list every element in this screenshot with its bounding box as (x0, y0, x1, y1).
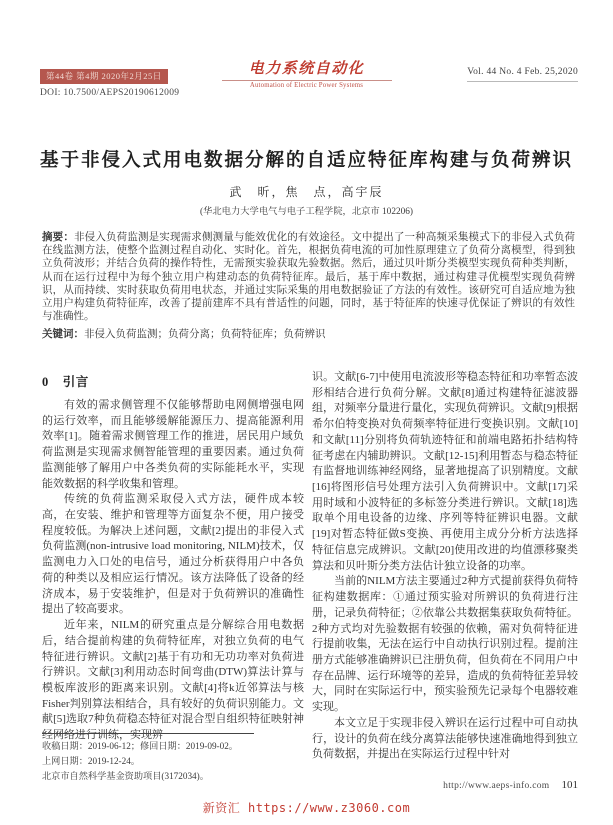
keywords-label: 关键词： (42, 329, 84, 340)
body-paragraph: 近年来，NILM的研究重点是分解综合用电数据后，结合提前构建的负荷特征库，对独立… (42, 618, 304, 744)
abstract-text: 非侵入负荷监测是实现需求侧测量与能效优化的有效途径。文中提出了一种高频采集模式下… (42, 232, 575, 322)
footnote-line: 北京市自然科学基金资助项目(3172034)。 (42, 769, 300, 784)
page-title: 基于非侵入式用电数据分解的自适应特征库构建与负荷辨识 (0, 146, 613, 172)
volume-info: Vol. 44 No. 4 Feb. 25,2020 (467, 67, 578, 82)
body-paragraph: 当前的NILM方法主要通过2种方式提前获得负荷特征构建数据库：①通过预实验对所辨… (312, 574, 578, 715)
keywords-line: 关键词：非侵入负荷监测；负荷分离；负荷特征库；负荷辨识 (42, 328, 575, 341)
header-left: 第44卷 第4期 2020年2月25日 DOI: 10.7500/AEPS201… (40, 66, 179, 98)
section-heading: 0引言 (42, 372, 304, 390)
doi-text: DOI: 10.7500/AEPS20190612009 (40, 88, 179, 98)
journal-page: 第44卷 第4期 2020年2月25日 DOI: 10.7500/AEPS201… (0, 0, 613, 825)
keywords-text: 非侵入负荷监测；负荷分离；负荷特征库；负荷辨识 (84, 329, 326, 340)
issue-box: 第44卷 第4期 2020年2月25日 (40, 69, 168, 84)
journal-url: http://www.aeps-info.com (443, 781, 549, 791)
journal-logo: 电力系统自动化 Automation of Electric Power Sys… (222, 61, 392, 89)
authors: 武 昕，焦 点，高宇辰 (0, 183, 613, 200)
footnote-line: 上网日期：2019-12-24。 (42, 754, 300, 769)
body-paragraph: 传统的负荷监测采取侵入式方法，硬件成本较高，在安装、维护和管理等方面复杂不便，用… (42, 492, 304, 618)
section-number: 0 (42, 375, 49, 389)
abstract-paragraph: 摘要：非侵入负荷监测是实现需求侧测量与能效优化的有效途径。文中提出了一种高频采集… (42, 231, 575, 324)
body-paragraph: 识。文献[6-7]中使用电流波形等稳态特征和功率暂态波形相结合进行负荷分解。文献… (312, 370, 578, 574)
abstract-label: 摘要： (42, 232, 74, 243)
body-paragraph: 本文立足于实现非侵入辨识在运行过程中可自动执行，设计的负荷在线分离算法能够快速准… (312, 716, 578, 763)
page-number: 101 (562, 779, 579, 791)
journal-name-cn: 电力系统自动化 (222, 61, 392, 81)
footnote-divider (42, 733, 254, 734)
left-column: 0引言 有效的需求侧管理不仅能够帮助电网侧增强电网的运行效率，而且能够缓解能源压… (42, 370, 304, 744)
footnote-line: 收稿日期：2019-06-12；修回日期：2019-09-02。 (42, 739, 300, 754)
affiliation: (华北电力大学电气与电子工程学院，北京市 102206) (0, 203, 613, 217)
section-title: 引言 (63, 375, 89, 389)
body-paragraph: 有效的需求侧管理不仅能够帮助电网侧增强电网的运行效率，而且能够缓解能源压力、提高… (42, 398, 304, 492)
abstract-block: 摘要：非侵入负荷监测是实现需求侧测量与能效优化的有效途径。文中提出了一种高频采集… (42, 231, 575, 341)
page-footer: http://www.aeps-info.com 101 (443, 779, 578, 791)
journal-name-en: Automation of Electric Power Systems (222, 82, 392, 89)
watermark: 新资汇 https://www.z3060.com (0, 799, 613, 816)
footnote: 收稿日期：2019-06-12；修回日期：2019-09-02。 上网日期：20… (42, 733, 300, 784)
right-column: 识。文献[6-7]中使用电流波形等稳态特征和功率暂态波形相结合进行负荷分解。文献… (312, 370, 578, 763)
